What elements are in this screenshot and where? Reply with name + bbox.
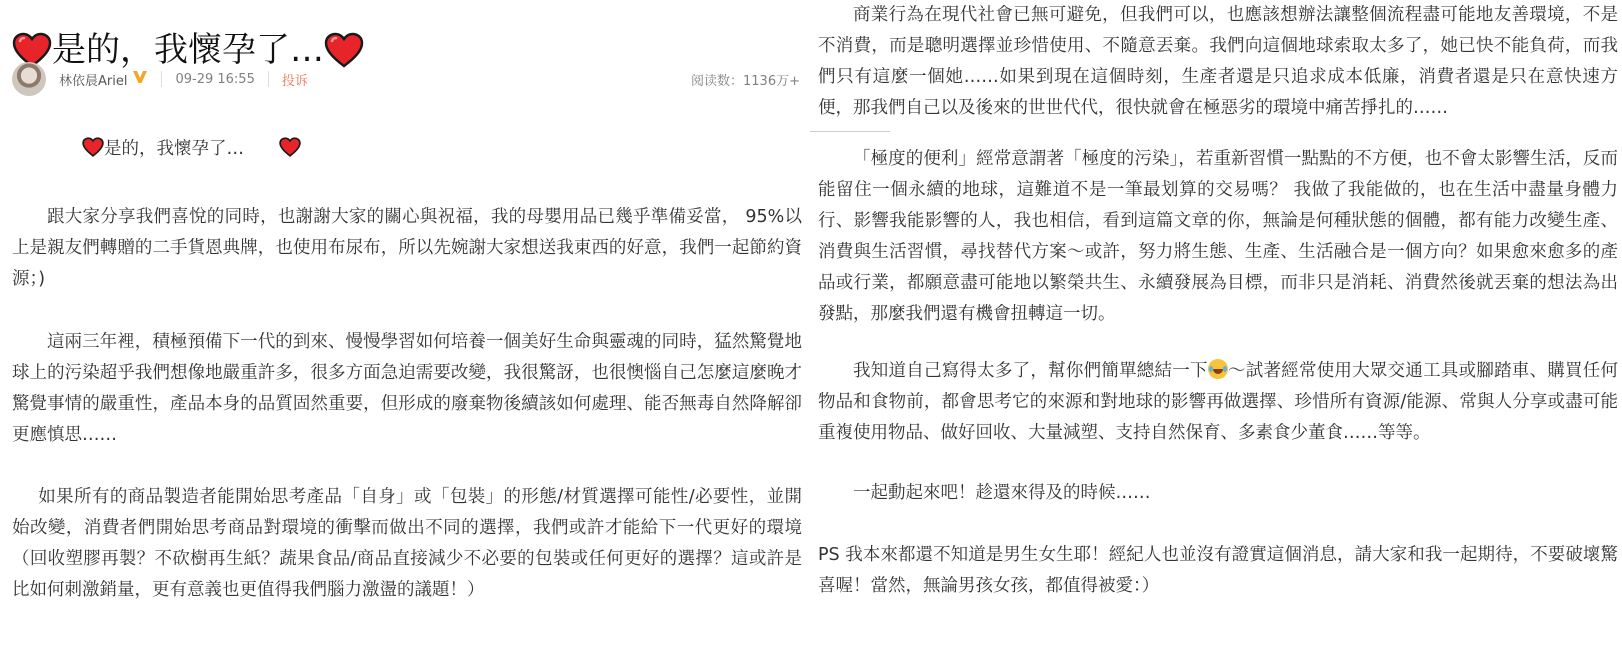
left-screenshot-panel: 是的，我懷孕了… 林依晨Ariel 09-29 16:55 投诉 阅读数：113… — [0, 0, 805, 648]
rolling-on-floor-laughing-icon — [1208, 359, 1228, 379]
paragraph-1: 跟大家分享我們喜悅的同時，也謝謝大家的關心與祝福，我的母嬰用品已幾乎準備妥當， … — [12, 202, 802, 295]
section-divider — [810, 131, 890, 132]
paragraph-title-repeat: 是的，我懷孕了… — [12, 134, 802, 168]
author-name-link[interactable]: 林依晨Ariel — [59, 70, 127, 89]
post-meta-bar: 林依晨Ariel 09-29 16:55 投诉 阅读数：1136万+ — [12, 61, 804, 97]
paragraph-7: 一起動起來吧！趁還來得及的時候…… — [818, 478, 1618, 509]
paragraph-ps: PS 我本來都還不知道是男生女生耶！經紀人也並沒有證實這個消息，請大家和我一起期… — [818, 540, 1618, 602]
report-link[interactable]: 投诉 — [282, 70, 308, 89]
paragraph-6: 我知道自己寫得太多了，幫你們簡單總結一下～試著經常使用大眾交通工具或腳踏車、購買… — [818, 356, 1618, 449]
read-count: 阅读数：1136万+ — [691, 70, 800, 89]
author-avatar[interactable] — [12, 62, 46, 96]
paragraph-4: 商業行為在現代社會已無可避免，但我們可以，也應該想辦法讓整個流程盡可能地友善環境… — [818, 0, 1618, 124]
paragraph-5: 「極度的便利」經常意謂著「極度的污染」，若重新習慣一點點的不方便，也不會太影響生… — [818, 144, 1618, 330]
meta-divider — [161, 71, 162, 87]
right-screenshot-panel: 商業行為在現代社會已無可避免，但我們可以，也應該想辦法讓整個流程盡可能地友善環境… — [810, 0, 1622, 648]
paragraph-3: 如果所有的商品製造者能開始思考產品「自身」或「包裝」的形態/材質選擇可能性/必要… — [12, 482, 802, 606]
red-heart-icon — [244, 137, 301, 168]
verified-v-icon — [132, 70, 148, 88]
red-heart-icon — [47, 137, 104, 168]
paragraph-2: 這兩三年裡，積極預備下一代的到來、慢慢學習如何培養一個美好生命與靈魂的同時，猛然… — [12, 327, 802, 451]
post-timestamp: 09-29 16:55 — [175, 72, 254, 87]
meta-divider — [268, 71, 269, 87]
